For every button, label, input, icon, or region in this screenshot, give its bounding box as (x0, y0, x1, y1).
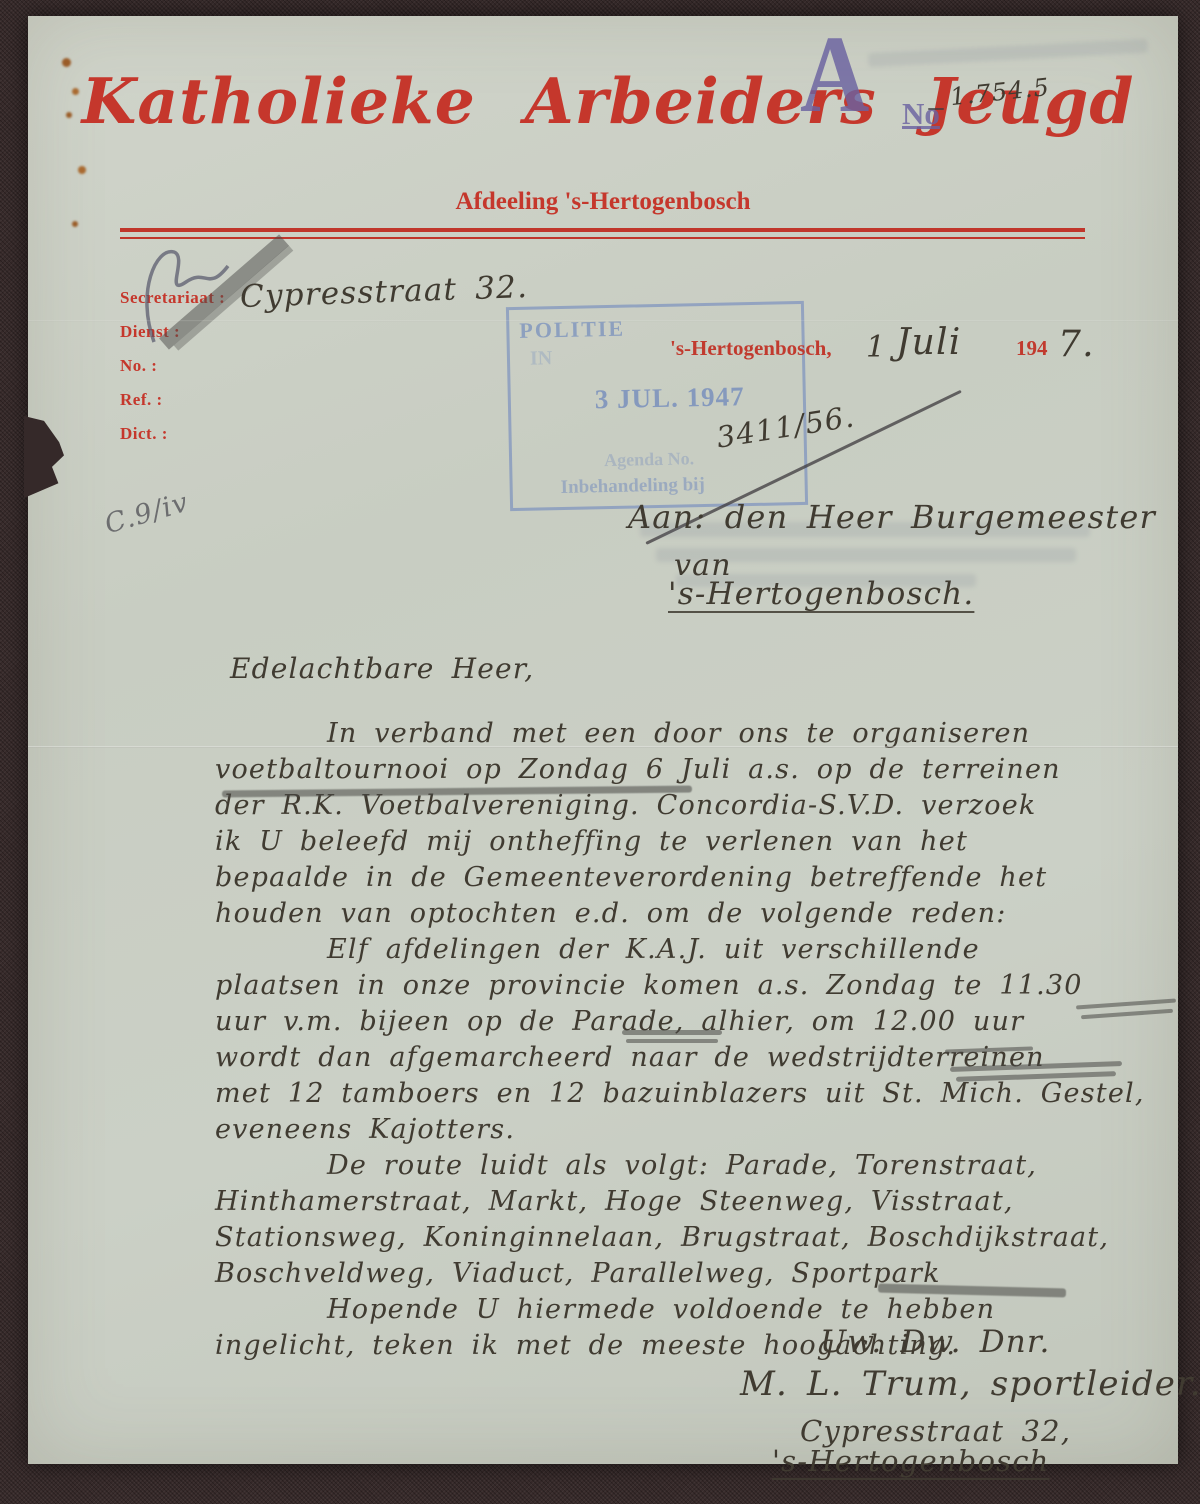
signature-name: M. L. Trum, sportleider. (740, 1364, 1200, 1404)
body-line: Hinthamerstraat, Markt, Hoge Steenweg, V… (215, 1184, 1195, 1220)
police-stamp-line2: IN (530, 347, 553, 370)
body-line: plaatsen in onze provincie komen a.s. Zo… (215, 968, 1195, 1004)
letter-page: Katholieke Arbeiders Jeugd Afdeeling 's-… (28, 16, 1178, 1464)
corner-code-pencil: C.9/iv (101, 487, 192, 540)
body-line: voetbaltournooi op Zondag 6 Juli a.s. op… (215, 752, 1195, 788)
foxing-spot (66, 112, 72, 118)
recipient-line1: Aan: den Heer Burgemeester (628, 498, 1156, 536)
body-line: bepaalde in de Gemeenteverordening betre… (215, 860, 1195, 896)
foxing-spot (72, 88, 79, 95)
fold-crease (28, 746, 1178, 748)
letterhead-subtitle: Afdeeling 's-Hertogenbosch (28, 188, 1178, 216)
registration-number-dash (928, 108, 944, 110)
body-line: met 12 tamboers en 12 bazuinblazers uit … (215, 1076, 1195, 1112)
body-line: ik U beleefd mij ontheffing te verlenen … (215, 824, 1195, 860)
foxing-spot (62, 58, 71, 67)
recipient-line3: 's-Hertogenbosch. (668, 576, 974, 612)
salutation: Edelachtbare Heer, (230, 652, 534, 685)
police-stamp-agenda-label: Agenda No. (604, 448, 694, 471)
body-line: Boschveldweg, Viaduct, Parallelweg, Spor… (215, 1256, 1195, 1292)
field-label-ref: Ref. : (120, 390, 163, 410)
police-stamp-date: 3 JUL. 1947 (595, 381, 745, 415)
field-label-dict: Dict. : (120, 424, 168, 444)
dateline-year-handwritten: 7. (1058, 324, 1095, 365)
signature-city: 's-Hertogenbosch (772, 1444, 1050, 1478)
dateline-day-handwritten: 1 (866, 330, 886, 365)
registration-no-stamp: No (902, 96, 940, 132)
police-stamp-handling-label: Inbehandeling bij (560, 474, 705, 499)
body-line: eveneens Kajotters. (215, 1112, 1195, 1148)
foxing-spot (72, 221, 78, 227)
foxing-spot (78, 166, 86, 174)
signature-address: Cypresstraat 32, (800, 1414, 1071, 1448)
dateline-place-printed: 's-Hertogenbosch, (670, 336, 832, 361)
body-line: De route luidt als volgt: Parade, Torens… (215, 1148, 1195, 1184)
dateline-year-printed: 194 (1016, 336, 1048, 361)
body-line: houden van optochten e.d. om de volgende… (215, 896, 1195, 932)
pencil-underline-parade (626, 1039, 718, 1043)
tear-notch (24, 416, 64, 498)
body-line: wordt dan afgemarcheerd naar de wedstrij… (215, 1040, 1195, 1076)
closing-valediction: Uw. Dw. Dnr. (820, 1324, 1051, 1360)
body-line: Stationsweg, Koninginnelaan, Brugstraat,… (215, 1220, 1195, 1256)
registration-a-stamp: A (800, 10, 869, 138)
body-line: Hopende U hiermede voldoende te hebben (215, 1292, 1195, 1328)
police-stamp: POLITIE IN 3 JUL. 1947 Agenda No. Inbeha… (506, 301, 808, 511)
fold-crease (28, 320, 1178, 322)
body-line: Elf afdelingen der K.A.J. uit verschille… (215, 932, 1195, 968)
pencil-underline-parade (622, 1030, 722, 1035)
dateline-month-handwritten: Juli (896, 322, 961, 363)
photograph-backdrop: Katholieke Arbeiders Jeugd Afdeeling 's-… (0, 0, 1200, 1504)
